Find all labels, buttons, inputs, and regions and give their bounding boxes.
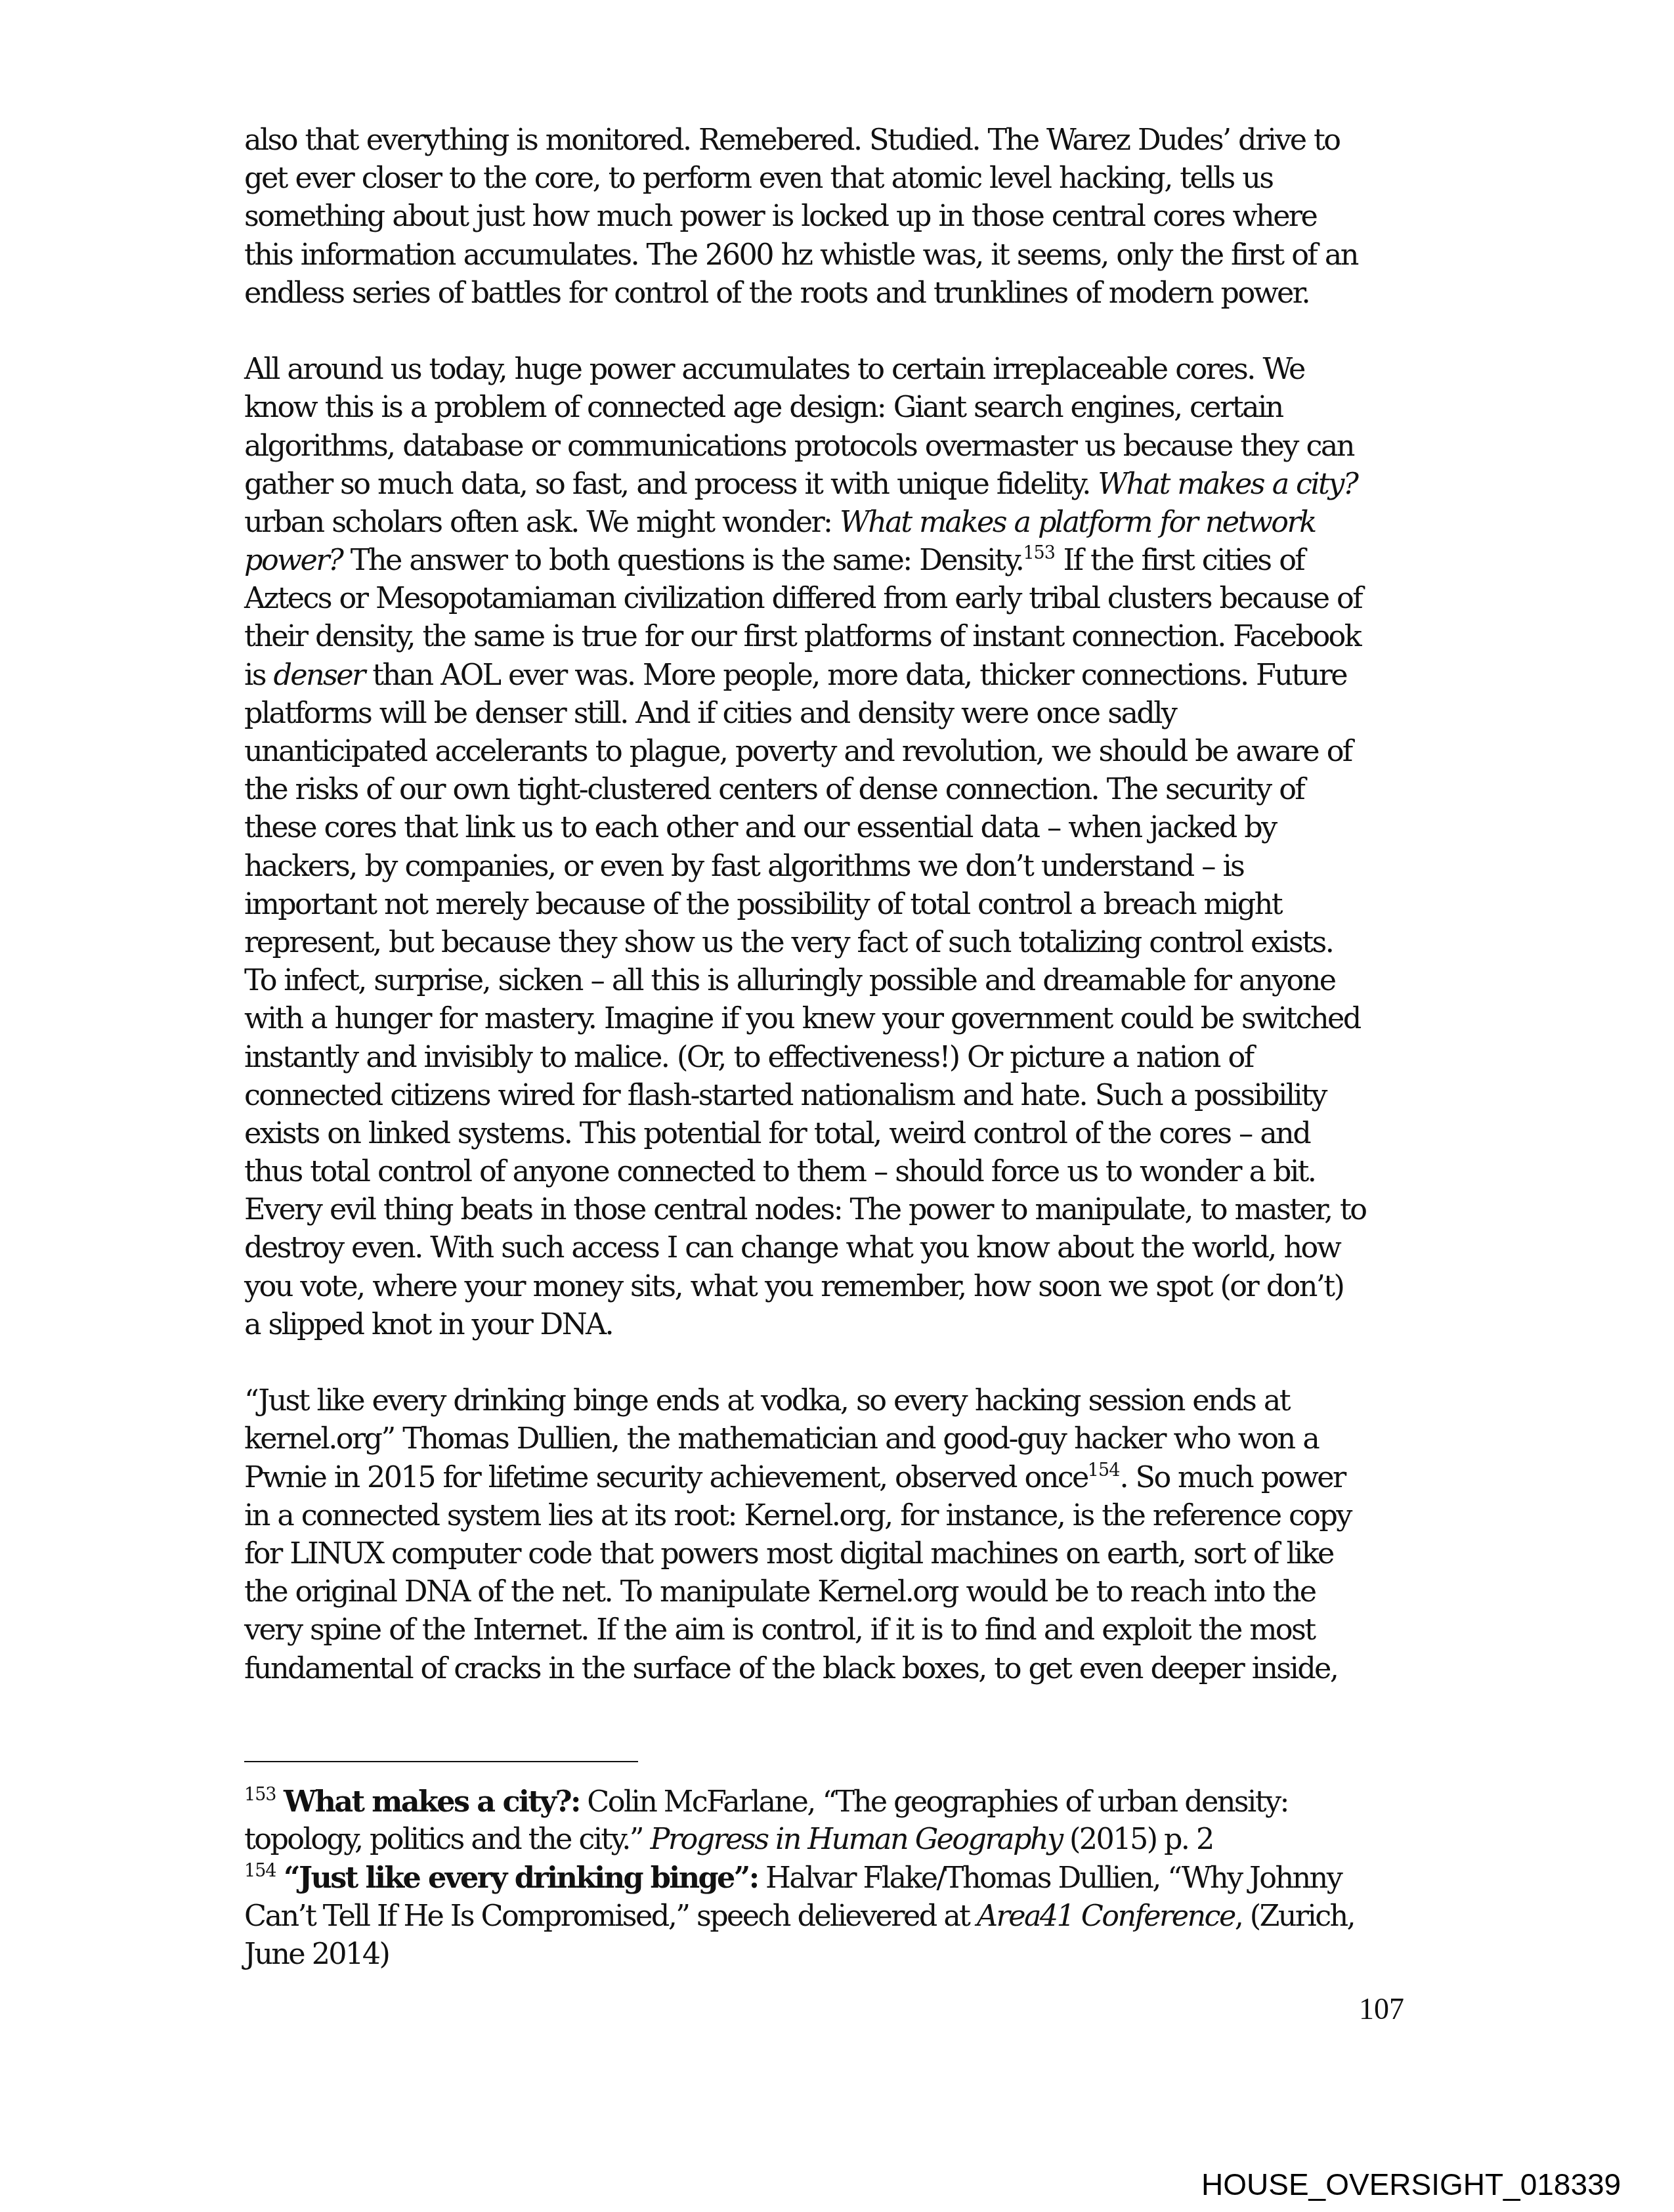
paragraph: “Just like every drinking binge ends at … xyxy=(244,1382,1426,1688)
text-run: algorithms, database or communications p… xyxy=(244,429,1354,463)
text-run: . So much power xyxy=(1119,1461,1344,1494)
text-line: connected citizens wired for flash-start… xyxy=(244,1077,1426,1115)
text-run: topology, politics and the city.” xyxy=(244,1823,651,1856)
footnote: 154 “Just like every drinking binge”: Ha… xyxy=(244,1859,1426,1974)
text-line: To infect, surprise, sicken – all this i… xyxy=(244,962,1426,1000)
text-run: Halvar Flake/Thomas Dullien, “Why Johnny xyxy=(758,1861,1341,1895)
text-run: (2015) p. 2 xyxy=(1062,1823,1213,1856)
text-run: than AOL ever was. More people, more dat… xyxy=(364,659,1346,692)
text-run: The answer to both questions is the same… xyxy=(342,544,1023,577)
text-line: the risks of our own tight-clustered cen… xyxy=(244,771,1426,809)
footnotes-section: 153 What makes a city?: Colin McFarlane,… xyxy=(244,1783,1426,1974)
text-line: something about just how much power is l… xyxy=(244,198,1426,236)
text-run: important not merely because of the poss… xyxy=(244,888,1281,921)
text-run: the risks of our own tight-clustered cen… xyxy=(244,773,1304,806)
text-run: gather so much data, so fast, and proces… xyxy=(244,467,1098,501)
text-line: platforms will be denser still. And if c… xyxy=(244,695,1426,733)
text-line: with a hunger for mastery. Imagine if yo… xyxy=(244,1000,1426,1038)
footnote-marker: 154 xyxy=(244,1861,276,1882)
text-line: All around us today, huge power accumula… xyxy=(244,351,1426,389)
text-line: exists on linked systems. This potential… xyxy=(244,1115,1426,1153)
text-run: instantly and invisibly to malice. (Or, … xyxy=(244,1041,1253,1074)
text-run xyxy=(276,1861,284,1895)
text-run: their density, the same is true for our … xyxy=(244,620,1360,653)
text-run: is xyxy=(244,659,273,692)
text-line: urban scholars often ask. We might wonde… xyxy=(244,504,1426,542)
text-line: gather so much data, so fast, and proces… xyxy=(244,466,1426,504)
text-line: hackers, by companies, or even by fast a… xyxy=(244,848,1426,886)
text-line: Aztecs or Mesopotamiaman civilization di… xyxy=(244,580,1426,618)
text-run: represent, but because they show us the … xyxy=(244,926,1333,959)
text-run: a slipped knot in your DNA. xyxy=(244,1308,612,1341)
text-run: destroy even. With such access I can cha… xyxy=(244,1231,1340,1265)
text-run: endless series of battles for control of… xyxy=(244,276,1309,310)
text-run: platforms will be denser still. And if c… xyxy=(244,697,1176,730)
text-line: power? The answer to both questions is t… xyxy=(244,542,1426,580)
text-run: Every evil thing beats in those central … xyxy=(244,1193,1366,1226)
text-run: know this is a problem of connected age … xyxy=(244,391,1283,424)
text-run: Colin McFarlane, “The geographies of urb… xyxy=(580,1785,1288,1819)
document-body: also that everything is monitored. Remeb… xyxy=(244,121,1426,1688)
text-line: unanticipated accelerants to plague, pov… xyxy=(244,733,1426,771)
italic-text: power? xyxy=(244,544,342,577)
text-run: hackers, by companies, or even by fast a… xyxy=(244,850,1243,883)
text-run: very spine of the Internet. If the aim i… xyxy=(244,1613,1315,1647)
text-run: Can’t Tell If He Is Compromised,” speech… xyxy=(244,1899,977,1933)
footnote-marker: 153 xyxy=(1023,543,1055,563)
page-number: 107 xyxy=(1359,1991,1404,2026)
text-run xyxy=(276,1785,284,1819)
text-line: algorithms, database or communications p… xyxy=(244,427,1426,466)
italic-text: denser xyxy=(273,659,364,692)
text-line: fundamental of cracks in the surface of … xyxy=(244,1650,1426,1688)
paragraph: also that everything is monitored. Remeb… xyxy=(244,121,1426,313)
text-run: also that everything is monitored. Remeb… xyxy=(244,123,1340,157)
text-run: Aztecs or Mesopotamiaman civilization di… xyxy=(244,582,1362,615)
text-line: represent, but because they show us the … xyxy=(244,924,1426,962)
footnote-marker: 154 xyxy=(1088,1460,1120,1481)
italic-text: Area41 Conference xyxy=(977,1899,1235,1933)
text-line: endless series of battles for control of… xyxy=(244,274,1426,313)
bold-text: “Just like every drinking binge”: xyxy=(284,1861,758,1895)
text-line: important not merely because of the poss… xyxy=(244,886,1426,924)
text-run: with a hunger for mastery. Imagine if yo… xyxy=(244,1002,1360,1035)
text-line: a slipped knot in your DNA. xyxy=(244,1306,1426,1344)
text-run: fundamental of cracks in the surface of … xyxy=(244,1652,1337,1685)
text-line: Pwnie in 2015 for lifetime security achi… xyxy=(244,1459,1426,1497)
text-line: get ever closer to the core, to perform … xyxy=(244,160,1426,198)
text-run: kernel.org” Thomas Dullien, the mathemat… xyxy=(244,1422,1318,1456)
footnote-divider xyxy=(244,1761,638,1762)
bold-text: What makes a city?: xyxy=(284,1785,580,1819)
text-line: also that everything is monitored. Remeb… xyxy=(244,121,1426,160)
text-line: their density, the same is true for our … xyxy=(244,618,1426,656)
text-line: for LINUX computer code that powers most… xyxy=(244,1535,1426,1573)
paragraph-gap xyxy=(244,1344,1426,1382)
text-line: these cores that link us to each other a… xyxy=(244,809,1426,847)
text-run: unanticipated accelerants to plague, pov… xyxy=(244,735,1352,768)
text-line: kernel.org” Thomas Dullien, the mathemat… xyxy=(244,1420,1426,1458)
text-run: To infect, surprise, sicken – all this i… xyxy=(244,964,1335,997)
text-line: topology, politics and the city.” Progre… xyxy=(244,1821,1426,1859)
italic-text: What makes a platform for network xyxy=(840,506,1316,539)
text-line: Can’t Tell If He Is Compromised,” speech… xyxy=(244,1898,1426,1936)
text-run: All around us today, huge power accumula… xyxy=(244,353,1304,386)
text-run: something about just how much power is l… xyxy=(244,200,1316,233)
text-line: instantly and invisibly to malice. (Or, … xyxy=(244,1039,1426,1077)
text-run: thus total control of anyone connected t… xyxy=(244,1155,1315,1188)
text-run: get ever closer to the core, to perform … xyxy=(244,162,1273,195)
text-line: is denser than AOL ever was. More people… xyxy=(244,657,1426,695)
text-line: 153 What makes a city?: Colin McFarlane,… xyxy=(244,1783,1426,1821)
paragraph-gap xyxy=(244,313,1426,351)
text-run: these cores that link us to each other a… xyxy=(244,811,1276,844)
bates-stamp: HOUSE_OVERSIGHT_018339 xyxy=(1201,2167,1621,2202)
footnote: 153 What makes a city?: Colin McFarlane,… xyxy=(244,1783,1426,1859)
text-run: , (Zurich, xyxy=(1235,1899,1354,1933)
text-run: for LINUX computer code that powers most… xyxy=(244,1537,1333,1571)
text-line: 154 “Just like every drinking binge”: Ha… xyxy=(244,1859,1426,1897)
text-run: “Just like every drinking binge ends at … xyxy=(244,1384,1289,1418)
paragraph: All around us today, huge power accumula… xyxy=(244,351,1426,1344)
text-line: know this is a problem of connected age … xyxy=(244,389,1426,427)
text-line: thus total control of anyone connected t… xyxy=(244,1153,1426,1191)
text-line: the original DNA of the net. To manipula… xyxy=(244,1573,1426,1611)
text-run: in a connected system lies at its root: … xyxy=(244,1499,1351,1532)
text-run: Pwnie in 2015 for lifetime security achi… xyxy=(244,1461,1088,1494)
text-line: very spine of the Internet. If the aim i… xyxy=(244,1611,1426,1649)
text-run: you vote, where your money sits, what yo… xyxy=(244,1270,1343,1303)
text-line: June 2014) xyxy=(244,1936,1426,1974)
text-line: “Just like every drinking binge ends at … xyxy=(244,1382,1426,1420)
text-run: If the first cities of xyxy=(1055,544,1304,577)
text-line: destroy even. With such access I can cha… xyxy=(244,1229,1426,1267)
text-line: you vote, where your money sits, what yo… xyxy=(244,1268,1426,1306)
text-line: this information accumulates. The 2600 h… xyxy=(244,236,1426,274)
footnote-marker: 153 xyxy=(244,1785,276,1805)
text-run: June 2014) xyxy=(244,1938,389,1971)
text-run: exists on linked systems. This potential… xyxy=(244,1117,1310,1150)
text-line: Every evil thing beats in those central … xyxy=(244,1191,1426,1229)
italic-text: What makes a city? xyxy=(1098,467,1357,501)
text-run: connected citizens wired for flash-start… xyxy=(244,1079,1326,1112)
text-run: the original DNA of the net. To manipula… xyxy=(244,1575,1316,1609)
text-run: urban scholars often ask. We might wonde… xyxy=(244,506,840,539)
text-line: in a connected system lies at its root: … xyxy=(244,1497,1426,1535)
italic-text: Progress in Human Geography xyxy=(651,1823,1062,1856)
text-run: this information accumulates. The 2600 h… xyxy=(244,238,1358,272)
